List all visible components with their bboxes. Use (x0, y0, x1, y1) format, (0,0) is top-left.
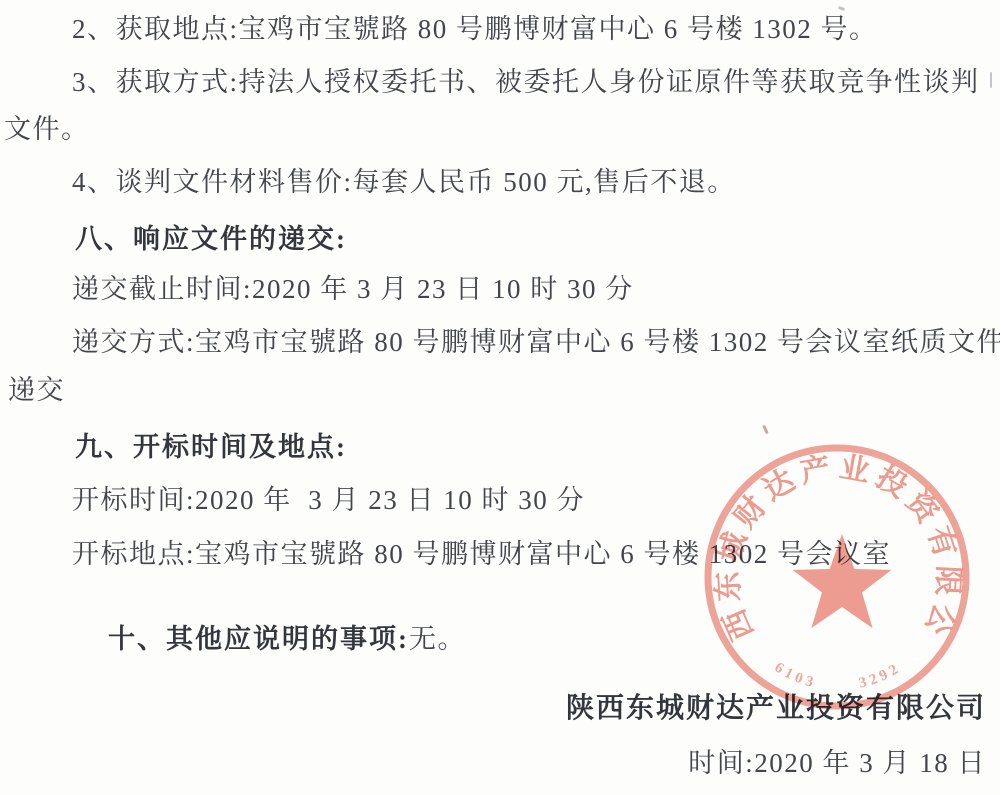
svg-text:6103: 6103 (772, 660, 819, 692)
seal-ring-text: 陕西东城财达产业投资有限公司 (700, 443, 965, 645)
clause-other-items-heading: 十、其他应说明的事项: (108, 624, 409, 654)
clause-pickup-location: 2、获取地点:宝鸡市宝號路 80 号鹏博财富中心 6 号楼 1302 号。 (72, 12, 878, 46)
document-page: 2、获取地点:宝鸡市宝號路 80 号鹏博财富中心 6 号楼 1302 号。 3、… (0, 0, 1000, 795)
clause-submission-deadline: 递交截止时间:2020 年 3 月 23 日 10 时 30 分 (72, 272, 634, 306)
heading-bid-opening: 九、开标时间及地点: (75, 430, 347, 464)
scan-speck (762, 425, 769, 434)
clause-pickup-method-line1: 3、获取方式:持法人授权委托书、被委托人身份证原件等获取竞争性谈判 (72, 65, 980, 99)
seal-serial-right: 3292 (857, 660, 904, 692)
clause-bid-opening-time: 开标时间:2020 年 3 月 23 日 10 时 30 分 (72, 483, 585, 517)
clause-pickup-method-line2: 文件。 (4, 112, 90, 146)
seal-star (793, 534, 892, 628)
clause-doc-price: 4、谈判文件材料售价:每套人民币 500 元,售后不退。 (72, 165, 736, 199)
clause-submission-method-line1: 递交方式:宝鸡市宝號路 80 号鹏博财富中心 6 号楼 1302 号会议室纸质文… (72, 325, 1000, 359)
heading-submission: 八、响应文件的递交: (75, 222, 347, 256)
svg-text:陕西东城财达产业投资有限公司: 陕西东城财达产业投资有限公司 (700, 443, 965, 645)
clause-other-items-value: 无。 (409, 624, 466, 654)
scan-speck (990, 72, 992, 88)
company-seal: 陕西东城财达产业投资有限公司 6103 3292 (700, 443, 976, 715)
svg-text:3292: 3292 (857, 660, 904, 692)
signature-date: 时间:2020 年 3 月 18 日 (688, 746, 986, 780)
scan-speck (838, 6, 846, 11)
clause-other-items: 十、其他应说明的事项:无。 (75, 588, 466, 690)
seal-serial-left: 6103 (772, 660, 819, 692)
clause-submission-method-line2: 递交 (8, 373, 65, 407)
